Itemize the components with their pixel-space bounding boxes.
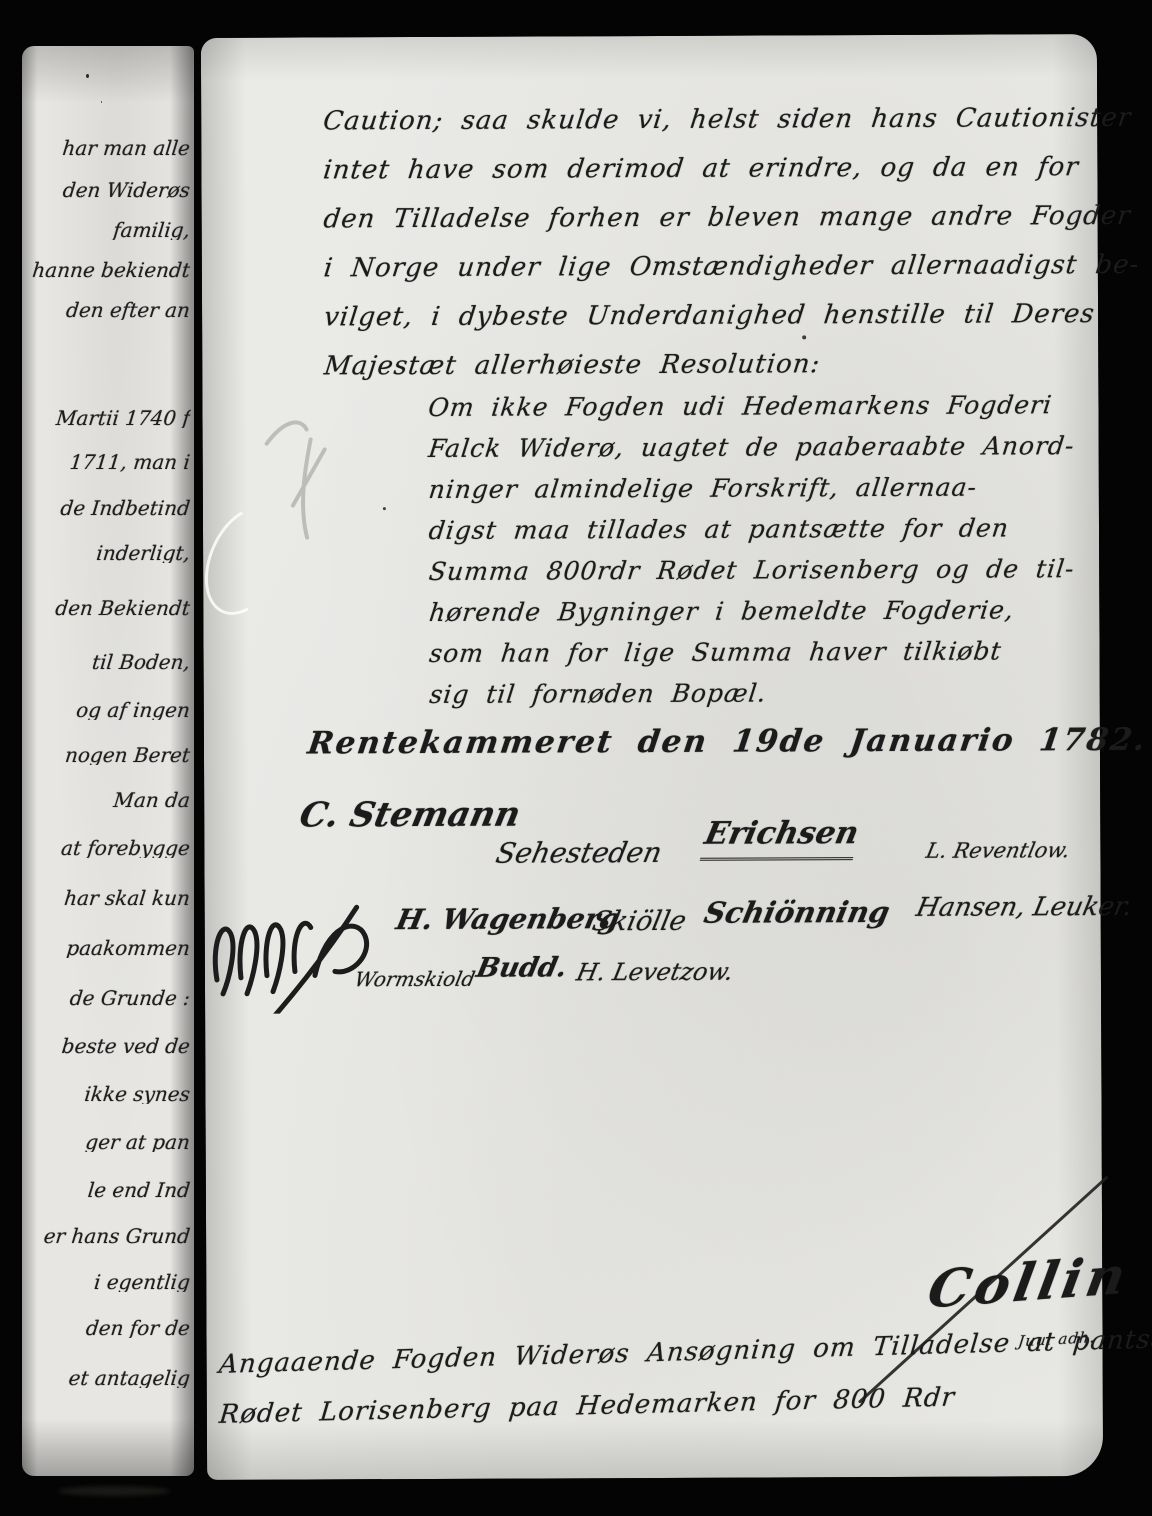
background-smudge [58,1486,170,1496]
margin-text-fragment: Martii 1740 f [25,408,191,428]
paraph-flourish [207,883,388,1014]
manuscript-line: den Tilladelse forhen er bleven mange an… [321,192,1142,245]
manuscript-line: som han for lige Summa haver tilkiøbt [427,630,1078,674]
manuscript-line: i Norge under lige Omstændigheder allern… [321,241,1142,294]
ink-speck [383,507,386,510]
margin-text-fragment: i egentlig [25,1272,191,1292]
signature-schionning: Schiönning [701,895,893,930]
signature-hansen: Hansen, Leuker. [914,892,1136,923]
margin-text-fragment: den Bekiendt [25,598,191,618]
opening-paragraph-lines: Caution; saa skulde vi, helst siden hans… [323,94,1140,392]
signature-wagenberg: H. Wagenberg [393,902,622,936]
manuscript-line: vilget, i dybeste Underdanighed henstill… [321,290,1142,343]
manuscript-line: ninger almindelige Forskrift, allernaa- [426,466,1077,510]
margin-text-fragment: familig, [25,220,191,240]
signature-sehesteden: Sehesteden [493,836,665,870]
margin-text-fragment: le end Ind [25,1180,191,1200]
margin-text-fragment: at forebygge [25,838,191,858]
opening-paragraph: Caution; saa skulde vi, helst siden hans… [323,94,1140,392]
margin-text-fragment: nogen Beret [25,745,191,765]
margin-text-fragment: har man alle [25,138,191,158]
signature-budd: Budd. [474,952,570,983]
docket-note-line-2: Rødet Lorisenberg paa Hedemarken for 800… [218,1383,957,1430]
signature-skiolle: Skiölle [589,906,688,937]
manuscript-line: Caution; saa skulde vi, helst siden hans… [320,94,1141,147]
approval-signature: Collin [924,1245,1135,1321]
margin-text-fragment: ikke synes [25,1084,191,1104]
margin-text-fragment: hanne bekiendt [25,260,191,280]
margin-text-fragment: den for de [25,1318,191,1338]
signature-erichsen: Erichsen [700,815,862,861]
dateline: Rentekammeret den 19de Januario 1782. [305,722,1149,762]
margin-text-fragment: paakommen [25,938,191,958]
margin-text-fragment: Man da [25,790,191,810]
signature-levetzow: H. Levetzow. [574,958,736,987]
margin-text-fragment: har skal kun [25,888,191,908]
signature-stemann: C. Stemann [296,795,524,836]
scanned-manuscript: { "scan": { "description": "Scanned hand… [0,0,1152,1516]
signature-wormskiold: Wormskiold [352,967,477,992]
signature-reventlow: L. Reventlow. [924,838,1072,863]
resolution-paragraph-lines: Om ikke Fogden udi Hedemarkens FogderiFa… [428,384,1075,715]
manuscript-line: sig til fornøden Bopæl. [427,671,1078,715]
margin-text-fragment: den efter an [25,300,191,320]
margin-text-fragment: de Grunde : [25,988,191,1008]
manuscript-line: Falck Widerø, uagtet de paaberaabte Anor… [426,425,1077,469]
margin-text-fragment: den Widerøs [25,180,191,200]
margin-text-fragment: ger at pan [25,1132,191,1152]
margin-text-fragment: 1711, man i [25,452,191,472]
margin-text-fragment: er hans Grund [25,1226,191,1246]
margin-text-fragment: et antagelig [25,1368,191,1388]
margin-text-fragment: inderligt, [25,543,191,563]
margin-text-fragment: beste ved de [25,1036,191,1056]
manuscript-line: intet have som derimod at erindre, og da… [321,143,1142,196]
ink-speck [86,74,89,78]
manuscript-line: Summa 800rdr Rødet Lorisenberg og de til… [427,548,1078,592]
document-page: Caution; saa skulde vi, helst siden hans… [201,34,1103,1480]
manuscript-line: hørende Bygninger i bemeldte Fogderie, [427,589,1078,633]
docket-note-line-1: Angaaende Fogden Widerøs Ansøgning om Ti… [218,1323,1152,1380]
manuscript-line: digst maa tillades at pantsætte for den [427,507,1078,551]
margin-text-fragment: de Indbetind [25,498,191,518]
margin-text-fragment: til Boden, [25,652,191,672]
resolution-paragraph: Om ikke Fogden udi Hedemarkens FogderiFa… [428,384,1075,715]
manuscript-line: Om ikke Fogden udi Hedemarkens Fogderi [426,384,1077,428]
previous-page-edge: har man alleden Widerøsfamilig,hanne bek… [22,46,194,1476]
margin-text-fragment: og af ingen [25,700,191,720]
